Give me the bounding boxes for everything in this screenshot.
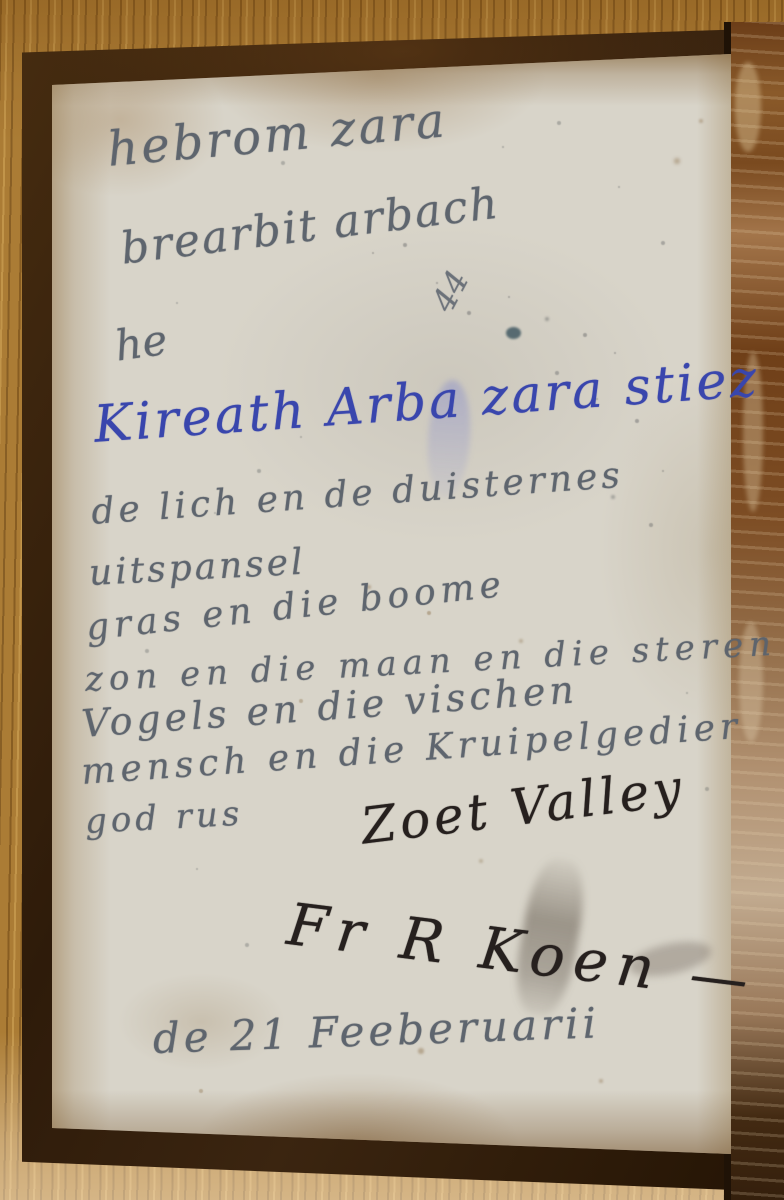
torn-paper-patch — [735, 62, 761, 152]
handwriting-line-he: he — [112, 315, 170, 371]
book-photo: hebrom zara brearbit arbach he 44 Kireat… — [0, 0, 784, 1200]
brown-stain-speckles — [0, 0, 2, 2]
handwriting-line-god-rus: god rus — [84, 794, 244, 842]
dark-ink-blot — [506, 327, 521, 339]
torn-spine-strip — [724, 22, 784, 1200]
